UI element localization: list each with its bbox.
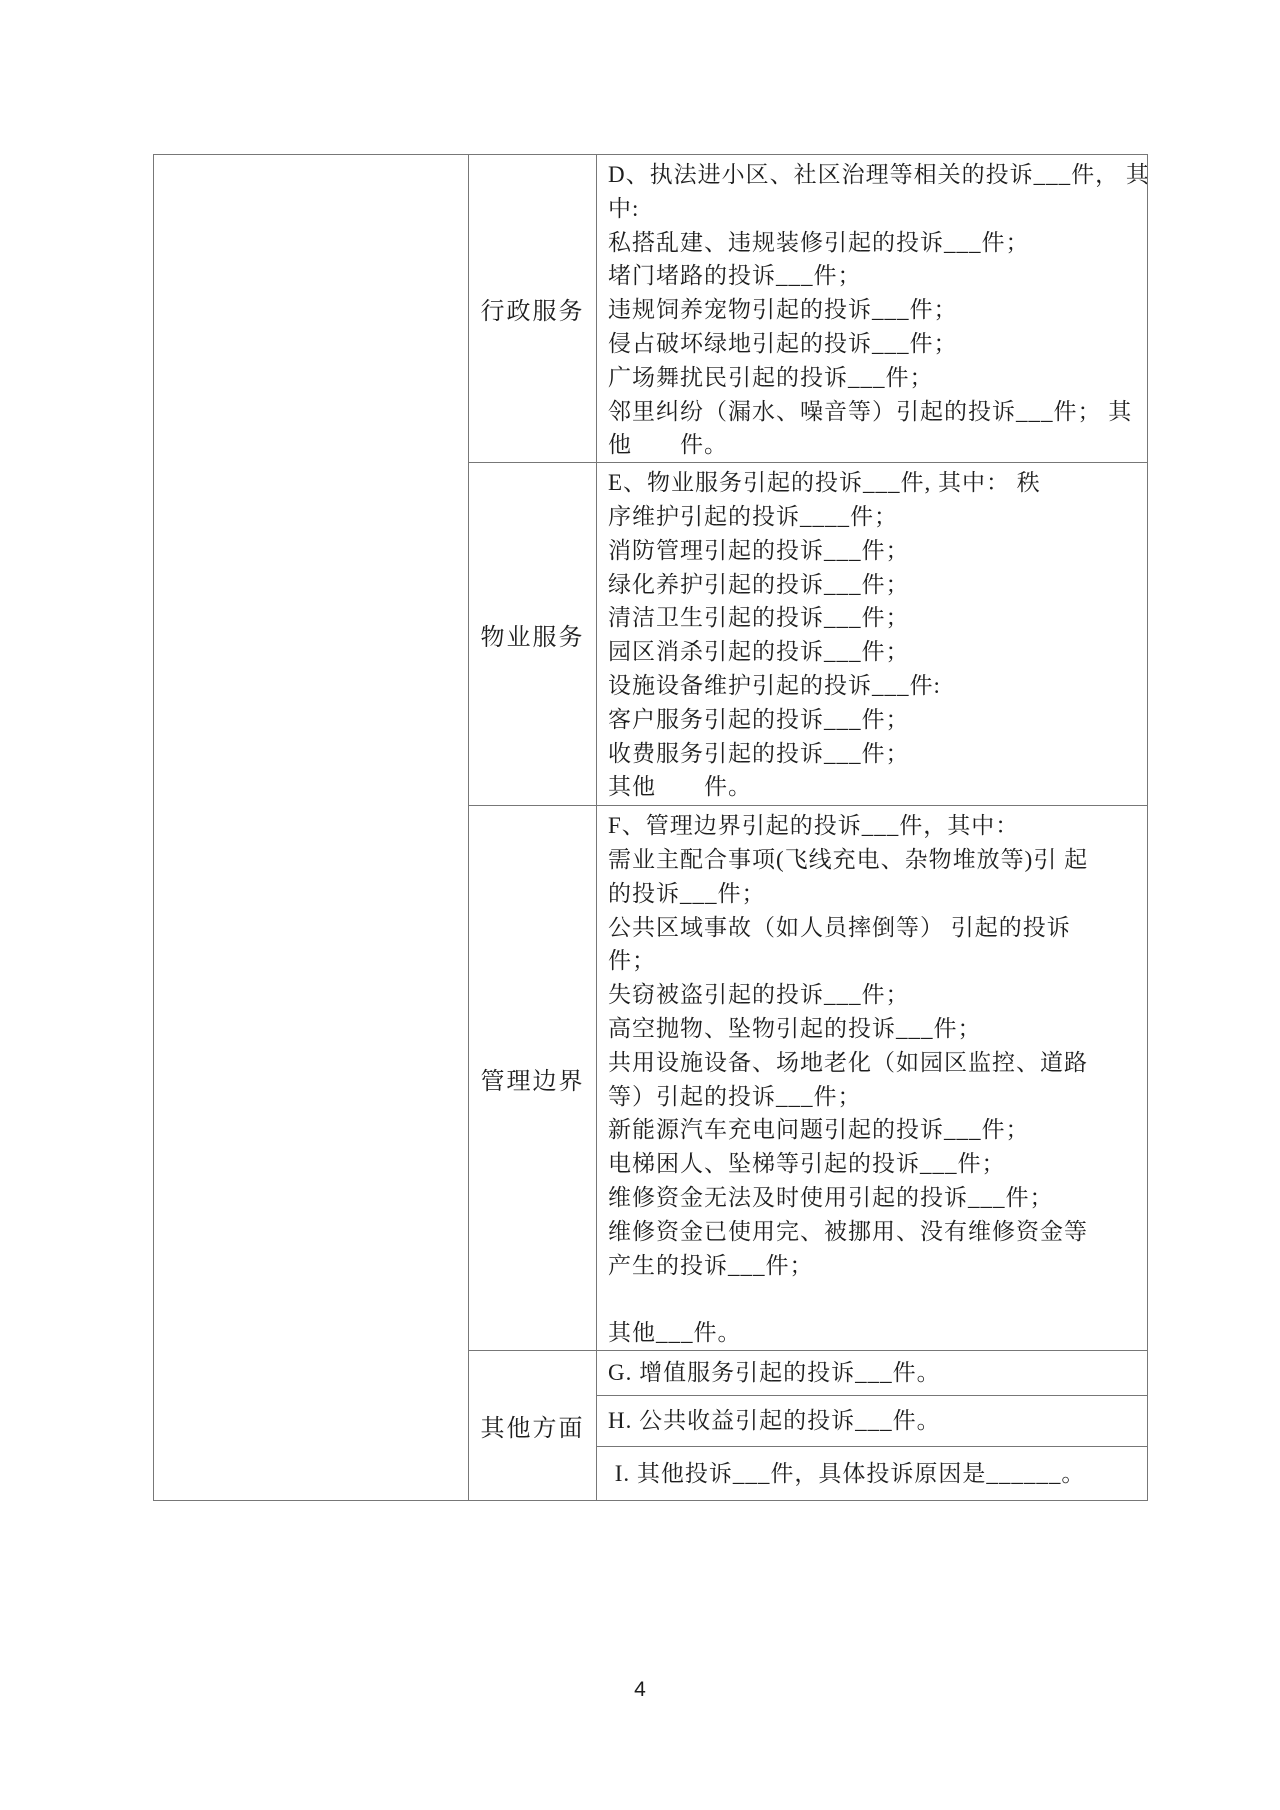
category-label: 物业服务 (481, 625, 585, 651)
content-cell-management-boundary: F、管理边界引起的投诉___件，其中： 需业主配合事项(飞线充电、杂物堆放等)引… (597, 806, 1148, 1351)
content-cell-administrative-service: D、执法进小区、社区治理等相关的投诉___件， 其 中: 私搭乱建、违规装修引起… (597, 155, 1148, 463)
category-cell-other-aspects: 其他方面 (469, 1350, 597, 1500)
content-text: H. 公共收益引起的投诉___件。 (597, 1404, 1147, 1438)
content-text: E、物业服务引起的投诉___件, 其中： 秩 序维护引起的投诉____件； 消防… (597, 463, 1147, 804)
parent-category-cell-empty (154, 155, 469, 1501)
category-cell-property-service: 物业服务 (469, 463, 597, 806)
document-page: 行政服务 D、执法进小区、社区治理等相关的投诉___件， 其 中: 私搭乱建、违… (0, 0, 1280, 1810)
content-cell-value-added-service: G. 增值服务引起的投诉___件。 (597, 1350, 1148, 1395)
category-label: 其他方面 (481, 1416, 585, 1442)
category-cell-administrative-service: 行政服务 (469, 155, 597, 463)
table-row-administrative: 行政服务 D、执法进小区、社区治理等相关的投诉___件， 其 中: 私搭乱建、违… (154, 155, 1148, 463)
category-cell-management-boundary: 管理边界 (469, 806, 597, 1351)
page-number: 4 (0, 1678, 1280, 1702)
content-text: G. 增值服务引起的投诉___件。 (597, 1356, 1147, 1390)
content-cell-other-complaints: I. 其他投诉___件，具体投诉原因是______。 (597, 1446, 1148, 1500)
content-cell-public-revenue: H. 公共收益引起的投诉___件。 (597, 1395, 1148, 1446)
content-text: I. 其他投诉___件，具体投诉原因是______。 (597, 1457, 1147, 1491)
category-label: 管理边界 (481, 1069, 585, 1095)
complaint-statistics-table: 行政服务 D、执法进小区、社区治理等相关的投诉___件， 其 中: 私搭乱建、违… (153, 154, 1148, 1501)
content-cell-property-service: E、物业服务引起的投诉___件, 其中： 秩 序维护引起的投诉____件； 消防… (597, 463, 1148, 806)
content-text: F、管理边界引起的投诉___件，其中： 需业主配合事项(飞线充电、杂物堆放等)引… (597, 806, 1147, 1350)
content-text: D、执法进小区、社区治理等相关的投诉___件， 其 中: 私搭乱建、违规装修引起… (597, 155, 1147, 462)
category-label: 行政服务 (481, 299, 585, 325)
